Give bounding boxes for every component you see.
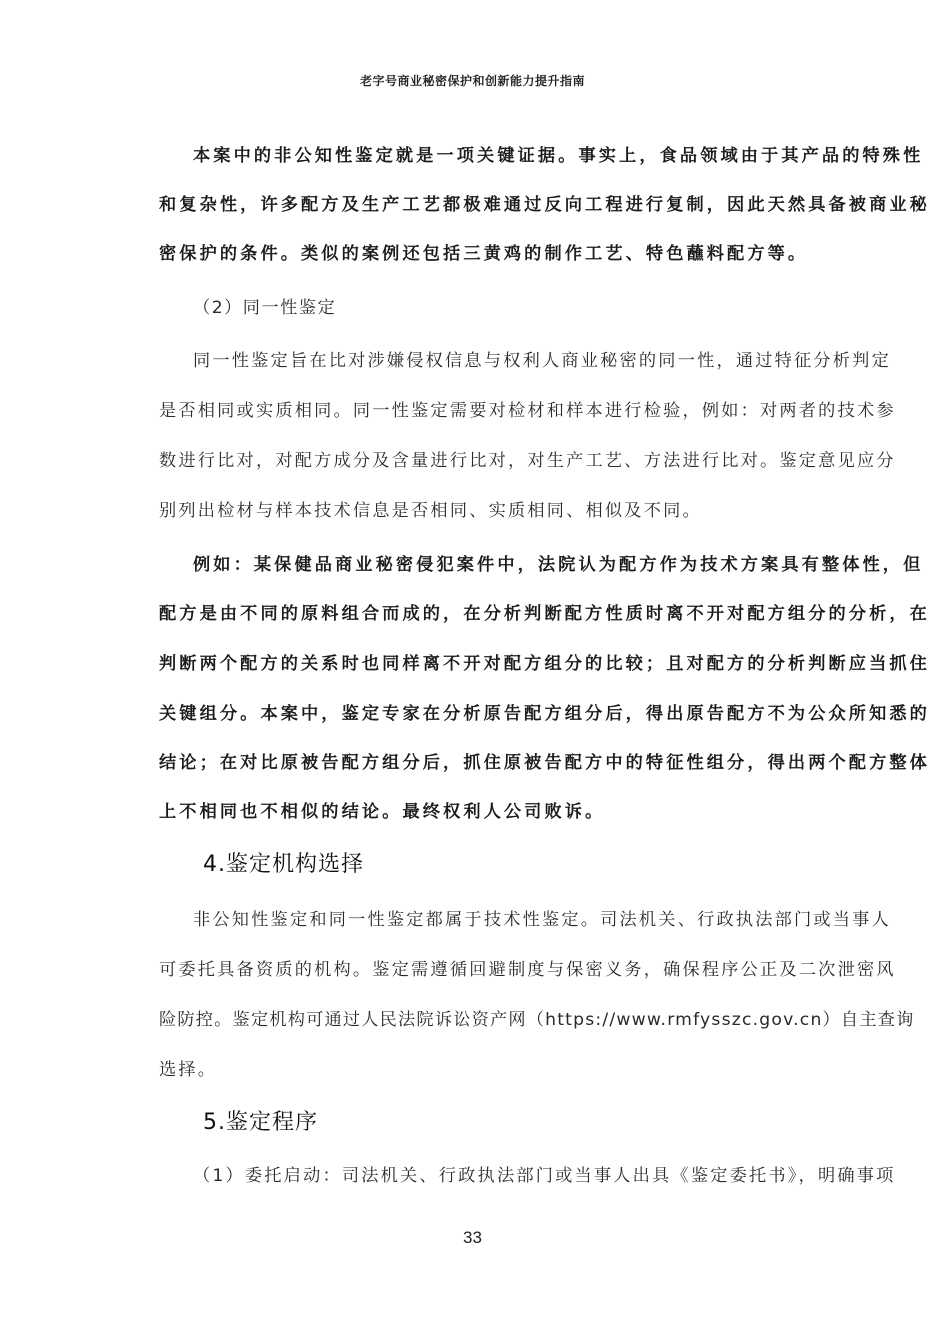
paragraph-3-line-4: 关键组分。本案中，鉴定专家在分析原告配方组分后，得出原告配方不为公众所知悉的 (159, 702, 819, 726)
paragraph-4-line-4: 选择。 (159, 1058, 819, 1082)
paragraph-2-line-3: 数进行比对，对配方成分及含量进行比对，对生产工艺、方法进行比对。鉴定意见应分 (159, 449, 819, 473)
paragraph-2-line-2: 是否相同或实质相同。同一性鉴定需要对检材和样本进行检验，例如：对两者的技术参 (159, 399, 819, 423)
paragraph-1-line-3: 密保护的条件。类似的案例还包括三黄鸡的制作工艺、特色蘸料配方等。 (159, 242, 819, 266)
paragraph-4-line-3: 险防控。鉴定机构可通过人民法院诉讼资产网（https://www.rmfyssz… (159, 1008, 819, 1032)
paragraph-3-line-3: 判断两个配方的关系时也同样离不开对配方组分的比较；且对配方的分析判断应当抓住 (159, 652, 819, 676)
paragraph-3-line-1: 例如：某保健品商业秘密侵犯案件中，法院认为配方作为技术方案具有整体性，但 (159, 553, 819, 577)
document-page: 老字号商业秘密保护和创新能力提升指南 本案中的非公知性鉴定就是一项关键证据。事实… (0, 0, 945, 1336)
paragraph-5-line-1: （1）委托启动：司法机关、行政执法部门或当事人出具《鉴定委托书》，明确事项 (193, 1164, 819, 1188)
paragraph-1-line-1: 本案中的非公知性鉴定就是一项关键证据。事实上，食品领域由于其产品的特殊性 (159, 144, 819, 168)
paragraph-2-line-1: 同一性鉴定旨在比对涉嫌侵权信息与权利人商业秘密的同一性，通过特征分析判定 (159, 349, 819, 373)
running-header: 老字号商业秘密保护和创新能力提升指南 (0, 72, 945, 89)
subheading-identity-appraisal: （2）同一性鉴定 (193, 296, 853, 320)
page-number: 33 (0, 1228, 945, 1248)
paragraph-4-line-2: 可委托具备资质的机构。鉴定需遵循回避制度与保密义务，确保程序公正及二次泄密风 (159, 958, 819, 982)
section-heading-4: 4.鉴定机构选择 (203, 851, 364, 879)
paragraph-3-line-2: 配方是由不同的原料组合而成的，在分析判断配方性质时离不开对配方组分的分析，在 (159, 602, 819, 626)
paragraph-4-line-1: 非公知性鉴定和同一性鉴定都属于技术性鉴定。司法机关、行政执法部门或当事人 (159, 908, 819, 932)
section-heading-5: 5.鉴定程序 (203, 1109, 318, 1137)
paragraph-3-line-6: 上不相同也不相似的结论。最终权利人公司败诉。 (159, 800, 819, 824)
paragraph-1-line-2: 和复杂性，许多配方及生产工艺都极难通过反向工程进行复制，因此天然具备被商业秘 (159, 193, 819, 217)
paragraph-2-line-4: 别列出检材与样本技术信息是否相同、实质相同、相似及不同。 (159, 499, 819, 523)
paragraph-3-line-5: 结论；在对比原被告配方组分后，抓住原被告配方中的特征性组分，得出两个配方整体 (159, 751, 819, 775)
